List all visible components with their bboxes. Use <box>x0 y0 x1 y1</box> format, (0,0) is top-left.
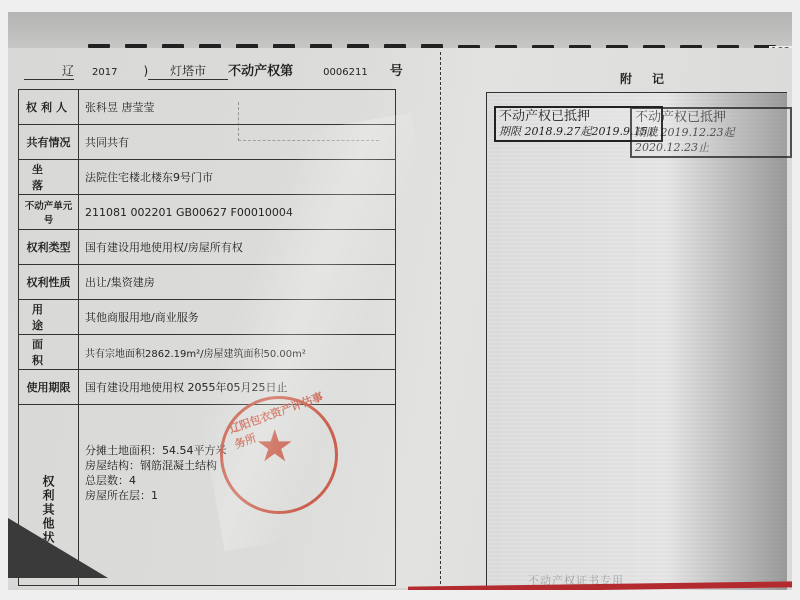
cert-year: 2017 <box>92 67 117 78</box>
mortgage-stamp: 不动产权已抵押 期限 2019.12.23起2020.12.23止 <box>630 107 792 158</box>
row-label: 使用期限 <box>19 370 79 405</box>
shadow-corner <box>8 518 108 578</box>
stamp-period-label: 期限 <box>635 126 657 139</box>
row-label: 用途 <box>19 300 79 335</box>
rights-table: 权利人 张科昱 唐莹莹 共有情况 共同共有 坐落 法院住宅楼北楼东9号门市 不动… <box>18 89 396 586</box>
row-label: 不动产单元号 <box>19 195 79 230</box>
certificate-header: 辽 2017 ) 灯塔市 不动产权第 0006211 号 <box>24 60 403 80</box>
cert-suffix: 号 <box>390 60 403 79</box>
stamp-period-label: 期限 <box>499 125 521 138</box>
row-label: 权利类型 <box>19 230 79 265</box>
table-row: 坐落 法院住宅楼北楼东9号门市 <box>19 160 396 195</box>
row-value: 国有建设用地使用权/房屋所有权 <box>79 230 396 265</box>
row-value: 其他商服用地/商业服务 <box>79 300 396 335</box>
province-abbr: 辽 <box>24 62 74 80</box>
row-label: 共有情况 <box>19 125 79 160</box>
table-row: 面积 共有宗地面积2862.19m²/房屋建筑面积50.00m² <box>19 335 396 370</box>
table-row: 权利类型 国有建设用地使用权/房屋所有权 <box>19 230 396 265</box>
stamp-title: 不动产权已抵押 <box>635 110 787 125</box>
cert-prefix: 不动产权第 <box>228 60 293 79</box>
row-value: 出让/集资建房 <box>79 265 396 300</box>
perforation-line <box>440 52 441 584</box>
row-label: 权利性质 <box>19 265 79 300</box>
star-icon: ★ <box>255 425 294 469</box>
table-row: 用途 其他商服用地/商业服务 <box>19 300 396 335</box>
document-photo: 183 辽 2017 ) 灯塔市 不动产权第 0006211 号 权利人 张科昱… <box>8 12 792 590</box>
row-value: 211081 002201 GB00627 F00010004 <box>79 195 396 230</box>
table-row: 使用期限 国有建设用地使用权 2055年05月25日止 <box>19 370 396 405</box>
row-value: 国有建设用地使用权 2055年05月25日止 <box>79 370 396 405</box>
row-label: 坐落 <box>19 160 79 195</box>
redacted-area <box>238 102 379 141</box>
cert-number: 0006211 <box>323 67 368 78</box>
red-official-seal: 辽阳包衣资产评估事务所 ★ <box>220 396 338 514</box>
annex-box <box>486 92 787 590</box>
row-label: 面积 <box>19 335 79 370</box>
annex-title: 附记 <box>620 70 684 87</box>
row-label: 权利人 <box>19 90 79 125</box>
row-value: 共有宗地面积2862.19m²/房屋建筑面积50.00m² <box>79 335 396 370</box>
row-value: 法院住宅楼北楼东9号门市 <box>79 160 396 195</box>
table-row: 不动产单元号 211081 002201 GB00627 F00010004 <box>19 195 396 230</box>
cert-city: 灯塔市 <box>148 62 228 80</box>
table-row: 权利性质 出让/集资建房 <box>19 265 396 300</box>
